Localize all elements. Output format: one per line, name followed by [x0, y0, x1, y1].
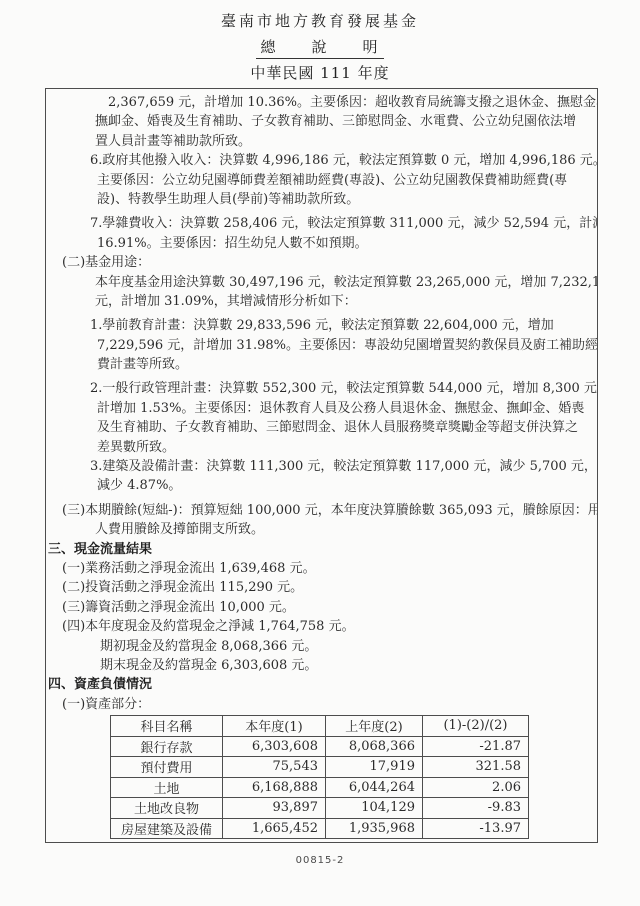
doc-line: 及生育補助、子女教育補助、三節慰問金、退休人員服務獎章獎勵金等超支併決算之: [46, 418, 597, 437]
table-cell: 6,168,888: [223, 777, 326, 798]
doc-line: 3.建築及設備計畫：決算數 111,300 元，較法定預算數 117,000 元…: [46, 457, 597, 476]
doc-line: 2,367,659 元，計增加 10.36%。主要係因：超收教育局統籌支撥之退休…: [46, 93, 597, 112]
doc-line: 7,229,596 元，計增加 31.98%。主要係因：專設幼兒園增置契約教保員…: [46, 336, 597, 355]
page-number: 00815-2: [0, 855, 640, 866]
table-cell: -9.83: [423, 798, 529, 819]
table-header-cell: 上年度(2): [326, 716, 423, 737]
doc-line: 1.學前教育計畫：決算數 29,833,596 元，較法定預算數 22,604,…: [46, 316, 597, 335]
table-row: 預付費用 75,543 17,919 321.58: [111, 757, 529, 778]
doc-line: 期初現金及約當現金 8,068,366 元。: [46, 637, 597, 656]
table-cell: 房屋建築及設備: [111, 818, 223, 839]
section-heading-balance-sheet: 四、資產負債情況: [46, 675, 597, 694]
scanned-document-page: 臺南市地方教育發展基金 總 說 明 中華民國 111 年度 2,367,659 …: [0, 0, 640, 906]
doc-line: 本年度基金用途決算數 30,497,196 元，較法定預算數 23,265,00…: [46, 273, 597, 292]
asset-table-header-row: 科目名稱 本年度(1) 上年度(2) (1)-(2)/(2): [111, 716, 529, 737]
fiscal-year: 中華民國 111 年度: [0, 62, 640, 83]
table-cell: 預付費用: [111, 757, 223, 778]
doc-line: 計增加 1.53%。主要係因：退休教育人員及公務人員退休金、撫慰金、撫卹金、婚喪: [46, 399, 597, 418]
table-cell: 6,303,608: [223, 736, 326, 757]
doc-line: (三)籌資活動之淨現金流出 10,000 元。: [46, 598, 597, 617]
doc-line: 人費用賸餘及撙節開支所致。: [46, 520, 597, 539]
table-cell: 104,129: [326, 798, 423, 819]
table-cell: 6,044,264: [326, 777, 423, 798]
doc-line: 設)、特教學生助理人員(學前)等補助款所致。: [46, 190, 597, 209]
content-border-box: 2,367,659 元，計增加 10.36%。主要係因：超收教育局統籌支撥之退休…: [45, 88, 598, 843]
doc-line: (四)本年度現金及約當現金之淨減 1,764,758 元。: [46, 617, 597, 636]
table-cell: 1,665,452: [223, 818, 326, 839]
doc-line: 置人員計畫等補助款所致。: [46, 132, 597, 151]
asset-table: 科目名稱 本年度(1) 上年度(2) (1)-(2)/(2) 銀行存款 6,30…: [110, 715, 529, 839]
organization-title: 臺南市地方教育發展基金: [0, 10, 640, 31]
table-cell: 75,543: [223, 757, 326, 778]
section-heading-cash-flow: 三、現金流量結果: [46, 540, 597, 559]
table-cell: 17,919: [326, 757, 423, 778]
table-header-cell: 科目名稱: [111, 716, 223, 737]
doc-line: 主要係因：公立幼兒園導師費差額補助經費(專設)、公立幼兒園教保費補助經費(專: [46, 171, 597, 190]
doc-line: 費計畫等所致。: [46, 355, 597, 374]
doc-line: 2.一般行政管理計畫：決算數 552,300 元，較法定預算數 544,000 …: [46, 379, 597, 398]
table-row: 土地 6,168,888 6,044,264 2.06: [111, 777, 529, 798]
table-cell: 1,935,968: [326, 818, 423, 839]
table-row: 銀行存款 6,303,608 8,068,366 -21.87: [111, 736, 529, 757]
doc-line: 7.學雜費收入：決算數 258,406 元，較法定預算數 311,000 元，減…: [46, 214, 597, 233]
table-cell: 銀行存款: [111, 736, 223, 757]
doc-line: (一)業務活動之淨現金流出 1,639,468 元。: [46, 559, 597, 578]
table-header-cell: (1)-(2)/(2): [423, 716, 529, 737]
doc-line: 6.政府其他撥入收入：決算數 4,996,186 元，較法定預算數 0 元，增加…: [46, 151, 597, 170]
doc-line: (三)本期賸餘(短絀-)：預算短絀 100,000 元，本年度決算賸餘數 365…: [46, 501, 597, 520]
table-cell: -13.97: [423, 818, 529, 839]
doc-line: 元，計增加 31.09%，其增減情形分析如下：: [46, 292, 597, 311]
table-cell: 93,897: [223, 798, 326, 819]
doc-line: (二)投資活動之淨現金流出 115,290 元。: [46, 578, 597, 597]
doc-line: 16.91%。主要係因：招生幼兒人數不如預期。: [46, 234, 597, 253]
table-row: 土地改良物 93,897 104,129 -9.83: [111, 798, 529, 819]
doc-line: 撫卹金、婚喪及生育補助、子女教育補助、三節慰問金、水電費、公立幼兒園依法增: [46, 112, 597, 131]
table-cell: 321.58: [423, 757, 529, 778]
table-cell: 2.06: [423, 777, 529, 798]
table-cell: 8,068,366: [326, 736, 423, 757]
doc-line: 減少 4.87%。: [46, 476, 597, 495]
doc-line: 差異數所致。: [46, 438, 597, 457]
table-cell: 土地改良物: [111, 798, 223, 819]
table-row: 房屋建築及設備 1,665,452 1,935,968 -13.97: [111, 818, 529, 839]
document-header: 臺南市地方教育發展基金 總 說 明 中華民國 111 年度: [0, 10, 640, 83]
table-header-cell: 本年度(1): [223, 716, 326, 737]
doc-line: (二)基金用途：: [46, 253, 597, 272]
document-title: 總 說 明: [256, 36, 383, 59]
doc-line: 期末現金及約當現金 6,303,608 元。: [46, 656, 597, 675]
table-cell: -21.87: [423, 736, 529, 757]
doc-line: (一)資產部分：: [46, 695, 597, 714]
table-cell: 土地: [111, 777, 223, 798]
